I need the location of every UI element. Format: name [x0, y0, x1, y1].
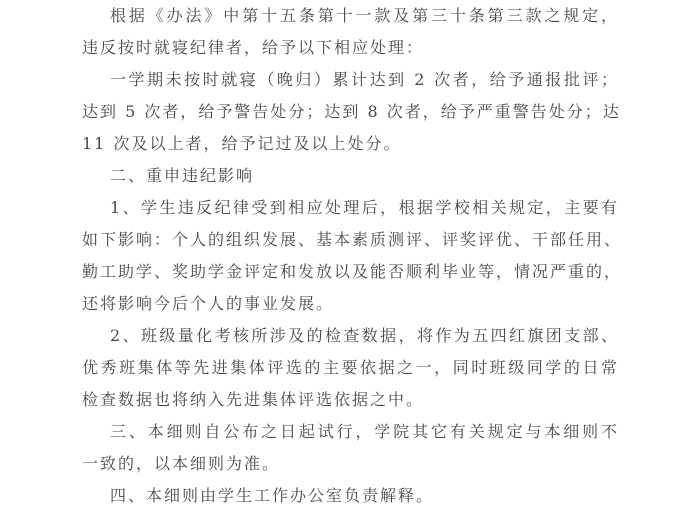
text-line: 2、班级量化考核所涉及的检查数据，将作为五四红旗团支部、	[82, 320, 619, 352]
document-text-block: 根据《办法》中第十五条第十一款及第三十条第三款之规定， 违反按时就寝纪律者，给予…	[82, 0, 619, 512]
text-line: 三、本细则自公布之日起试行，学院其它有关规定与本细则不	[82, 416, 619, 448]
section-heading-2: 二、重申违纪影响	[82, 160, 619, 192]
text-line: 一学期未按时就寝（晚归）累计达到 2 次者，给予通报批评；	[82, 64, 619, 96]
text-line: 达到 5 次者，给予警告处分；达到 8 次者，给予严重警告处分；达	[82, 96, 619, 128]
text-line: 根据《办法》中第十五条第十一款及第三十条第三款之规定，	[82, 0, 619, 32]
paragraph-impact-2: 2、班级量化考核所涉及的检查数据，将作为五四红旗团支部、 优秀班集体等先进集体评…	[82, 320, 619, 416]
paragraph-penalties: 一学期未按时就寝（晚归）累计达到 2 次者，给予通报批评； 达到 5 次者，给予…	[82, 64, 619, 160]
text-line: 1、学生违反纪律受到相应处理后，根据学校相关规定，主要有	[82, 192, 619, 224]
text-line: 优秀班集体等先进集体评选的主要依据之一，同时班级同学的日常	[82, 352, 619, 384]
text-line: 勤工助学、奖助学金评定和发放以及能否顺利毕业等，情况严重的，	[82, 256, 619, 288]
paragraph-intro: 根据《办法》中第十五条第十一款及第三十条第三款之规定， 违反按时就寝纪律者，给予…	[82, 0, 619, 64]
text-line: 如下影响：个人的组织发展、基本素质测评、评奖评优、干部任用、	[82, 224, 619, 256]
text-line: 四、本细则由学生工作办公室负责解释。	[82, 480, 619, 512]
text-line: 还将影响今后个人的事业发展。	[82, 288, 619, 320]
paragraph-impact-1: 1、学生违反纪律受到相应处理后，根据学校相关规定，主要有 如下影响：个人的组织发…	[82, 192, 619, 320]
document-page: 根据《办法》中第十五条第十一款及第三十条第三款之规定， 违反按时就寝纪律者，给予…	[0, 0, 700, 517]
text-line: 检查数据也将纳入先进集体评选依据之中。	[82, 384, 619, 416]
text-line: 违反按时就寝纪律者，给予以下相应处理：	[82, 32, 619, 64]
text-line: 一致的，以本细则为准。	[82, 448, 619, 480]
paragraph-effective-date: 三、本细则自公布之日起试行，学院其它有关规定与本细则不 一致的，以本细则为准。	[82, 416, 619, 480]
text-line: 11 次及以上者，给予记过及以上处分。	[82, 128, 619, 160]
paragraph-interpretation: 四、本细则由学生工作办公室负责解释。	[82, 480, 619, 512]
heading-line: 二、重申违纪影响	[82, 160, 619, 192]
